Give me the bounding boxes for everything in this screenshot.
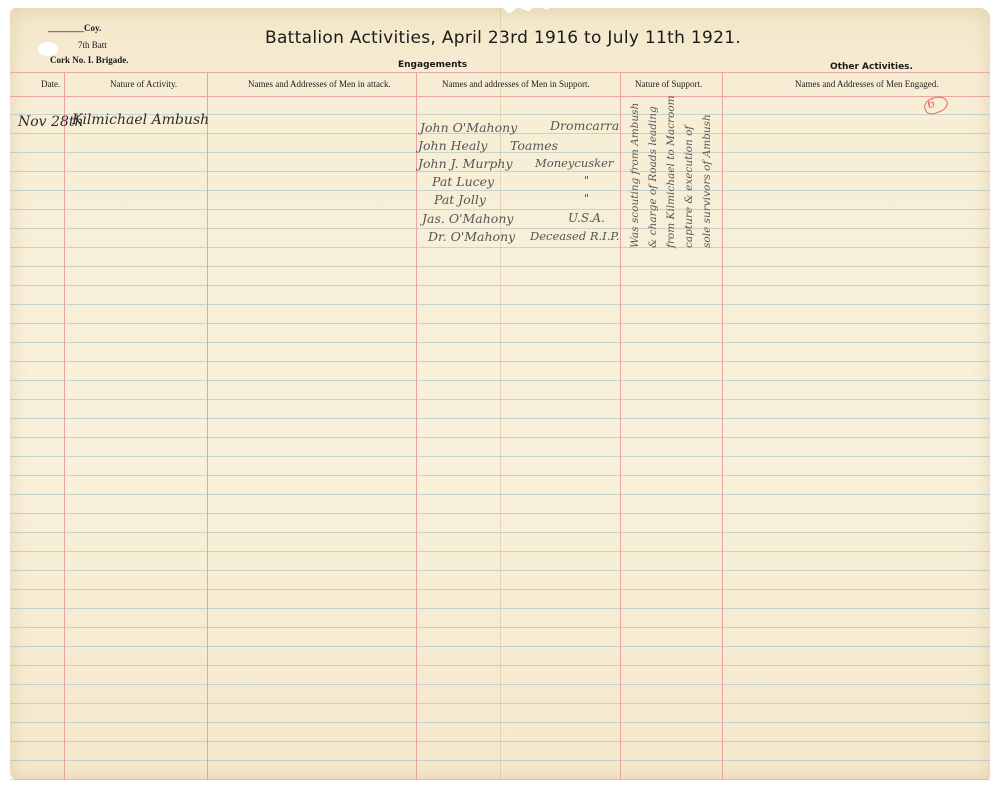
column-header-date: Date.: [41, 79, 60, 89]
column-header-nature-support: Nature of Support.: [635, 79, 702, 89]
support-man-address: ": [584, 192, 589, 205]
column-divider-attack: [416, 72, 417, 780]
support-man-address: Toames: [510, 138, 558, 153]
support-man-address: Dromcarra: [550, 118, 619, 133]
header-top-rule: [10, 72, 990, 73]
column-header-men-support: Names and addresses of Men in Support.: [442, 79, 590, 89]
column-header-men-engaged: Names and Addresses of Men Engaged.: [795, 79, 938, 89]
support-nature-line: sole survivors of Ambush: [701, 114, 713, 248]
column-header-activity: Nature of Activity.: [110, 79, 177, 89]
support-man-address: Deceased R.I.P.: [530, 229, 619, 243]
support-man-address: Moneycusker: [535, 156, 613, 170]
brigade-label: Cork No. I. Brigade.: [50, 55, 129, 65]
ruled-lines: [10, 96, 990, 780]
support-nature-line: from Kilmichael to Macroom: [665, 95, 677, 248]
red-mark-number: 6: [925, 96, 937, 112]
support-man-name: John O'Mahony: [420, 120, 517, 135]
support-man-name: Dr. O'Mahony: [428, 229, 515, 244]
support-man-name: Pat Lucey: [432, 174, 494, 189]
company-line: ________Coy.: [48, 23, 101, 33]
column-divider-support: [620, 72, 621, 780]
support-man-name: John J. Murphy: [418, 156, 513, 171]
support-nature-line: & charge of Roads leading: [647, 106, 659, 248]
support-nature-line: capture & execution of: [683, 126, 695, 248]
column-divider-nature: [722, 72, 723, 780]
support-nature-line: Was scouting from Ambush: [629, 103, 641, 248]
column-divider-activity: [207, 72, 208, 780]
paper-hole: [38, 42, 58, 56]
support-man-name: Jas. O'Mahony: [422, 211, 513, 226]
section-engagements: Engagements: [398, 60, 467, 70]
column-divider-date: [64, 72, 65, 780]
page-title: Battalion Activities, April 23rd 1916 to…: [265, 28, 741, 48]
battalion-label: 7th Batt: [78, 40, 107, 50]
section-other-activities: Other Activities.: [830, 62, 913, 72]
support-man-address: U.S.A.: [568, 211, 605, 225]
support-man-name: John Healy: [418, 138, 487, 153]
header-bottom-rule: [10, 96, 990, 97]
support-man-address: ": [584, 174, 589, 187]
entry-activity: Kilmichael Ambush: [72, 112, 209, 128]
support-man-name: Pat Jolly: [434, 192, 486, 207]
column-header-men-attack: Names and Addresses of Men in attack.: [248, 79, 391, 89]
